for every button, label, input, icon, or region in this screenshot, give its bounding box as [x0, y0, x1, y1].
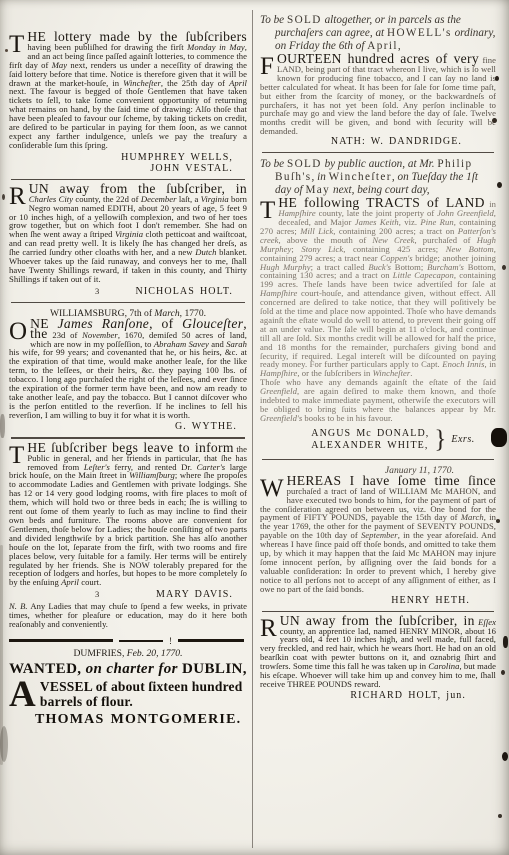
signature-dandridge: NATH: W. DANDRIDGE.: [260, 136, 496, 147]
ad-body: having been publiſhed for drawing the fi…: [9, 42, 247, 150]
column-divider: [252, 10, 253, 848]
ad-body: purchaſed a tract of land of WILLIAM Mc …: [260, 486, 496, 594]
ink-speck: [496, 519, 500, 523]
signature-angus-mcdonald: ANGUS Mc DONALD,: [311, 428, 429, 440]
ad-separator: [262, 152, 494, 153]
signature-mary-davis: MARY DAVIS.: [156, 589, 233, 600]
ink-speck: [497, 182, 502, 188]
executor-names: ANGUS Mc DONALD, ALEXANDER WHITE,: [311, 428, 429, 452]
ink-speck: [502, 752, 508, 761]
signature-humphrey-wells: HUMPHREY WELLS,: [9, 152, 233, 163]
ad-text: FOURTEEN hundred acres of very fine LAND…: [260, 55, 496, 136]
drop-cap: O: [9, 320, 30, 342]
ad-text: THE ſubſcriber begs leave to inform the …: [9, 444, 247, 588]
drop-cap: F: [260, 55, 277, 77]
ad-wythe-reversion: WILLIAMSBURG, 7th of March, 1770. ONE Ja…: [9, 308, 247, 432]
ad-runaway-henry-minor: RUN away from the ſubſcriber, in Eſſex c…: [260, 617, 496, 701]
rule-segment: [178, 639, 244, 642]
signature-alexander-white: ALEXANDER WHITE,: [311, 440, 429, 452]
ad-separator: [11, 302, 245, 303]
ink-speck: [503, 636, 508, 648]
ad-body: Charles City county, the 22d of December…: [9, 194, 247, 284]
ad-text: ONE James Ranſone, of Glouceſter, the 23…: [9, 320, 247, 420]
left-column: THE lottery made by the ſubſcribers havi…: [9, 0, 247, 733]
ad-body: VESSEL of about ſixteen hundred barrels …: [40, 679, 243, 710]
compositor-mark: 3: [95, 589, 99, 599]
ad-body: in Hampſhire county, late the joint prop…: [260, 199, 496, 378]
rule-mark: !: [169, 638, 172, 644]
drop-cap: T: [9, 33, 27, 55]
drop-cap: W: [260, 477, 287, 499]
ad-body: 23d of November, 1670, demiſed 50 acres …: [9, 330, 247, 420]
drop-cap: T: [9, 444, 27, 466]
drop-cap: R: [9, 185, 29, 207]
rule-segment: [9, 639, 113, 642]
ad-text: RUN away from the ſubſcriber, in Eſſex c…: [260, 617, 496, 689]
ad-text: THE lottery made by the ſubſcribers havi…: [9, 33, 247, 150]
ink-smudge: [0, 414, 5, 438]
ad-body: the Public in general, and her friends i…: [9, 444, 247, 588]
ink-speck: [492, 118, 497, 123]
ad-separator: [262, 459, 494, 460]
ad-text: RUN away from the ſubſcriber, in Charles…: [9, 185, 247, 284]
ad-separator: [11, 179, 245, 180]
executors-role-label: Exrs.: [451, 434, 474, 445]
ad-separator: [262, 611, 494, 612]
ad-postscript: N. B. Any Ladies that may chuſe to ſpend…: [9, 602, 247, 629]
ink-speck: [5, 49, 8, 52]
signature-thomas-montgomerie: THOMAS MONTGOMERIE.: [9, 712, 247, 728]
ad-mary-davis-lodgings: THE ſubſcriber begs leave to inform the …: [9, 444, 247, 629]
ad-lottery-notice: THE lottery made by the ſubſcribers havi…: [9, 33, 247, 174]
ad-wanted-vessel: DUMFRIES, Feb. 20, 1770. WANTED, on char…: [9, 648, 247, 728]
ink-speck: [495, 76, 499, 81]
ink-speck: [498, 814, 502, 818]
ad-headline: WANTED, on charter for DUBLIN,: [9, 661, 247, 678]
compositor-mark: 3: [95, 286, 99, 296]
ad-text: AVESSEL of about ſixteen hundred barrels…: [9, 679, 247, 710]
ad-body-second-paragraph: Thoſe who have any demands againſt the e…: [260, 378, 496, 423]
signature-richard-holt: RICHARD HOLT, jun.: [260, 690, 496, 701]
signature-block: HUMPHREY WELLS, JOHN VESTAL.: [9, 152, 247, 174]
ink-speck: [501, 670, 505, 675]
ad-greenfield-estate-auction: To be SOLD by public auction, at Mr. Phi…: [260, 158, 496, 454]
ad-text: WHEREAS I have ſome time ſince purchaſed…: [260, 477, 496, 594]
ad-body: fine LAND, being part of that tract wher…: [260, 55, 496, 136]
rule-segment: [119, 640, 163, 642]
ad-italic-heading: To be SOLD altogether, or in parcels as …: [260, 14, 496, 53]
drop-cap: R: [260, 617, 280, 639]
ink-speck: [2, 194, 5, 200]
signature-john-vestal: JOHN VESTAL.: [9, 163, 233, 174]
signature-nicholas-holt: NICHOLAS HOLT.: [136, 286, 233, 297]
ink-speck: [502, 265, 506, 270]
ad-runaway-edith: RUN away from the ſubſcriber, in Charles…: [9, 185, 247, 297]
ad-italic-heading: To be SOLD by public auction, at Mr. Phi…: [260, 158, 496, 197]
newspaper-page: THE lottery made by the ſubſcribers havi…: [0, 0, 509, 855]
ad-heth-bonds-notice: January 11, 1770. WHEREAS I have ſome ti…: [260, 465, 496, 606]
signature-row: 3 NICHOLAS HOLT.: [9, 285, 247, 297]
signature-row: 3 MARY DAVIS.: [9, 588, 247, 600]
drop-cap: T: [260, 199, 278, 221]
dateline-dumfries: DUMFRIES, Feb. 20, 1770.: [9, 648, 247, 659]
ad-body: Eſſex county, an apprentice lad, named H…: [260, 617, 496, 689]
ink-blot: [491, 428, 507, 447]
brace-glyph: }: [434, 426, 446, 454]
signature-henry-heth: HENRY HETH.: [260, 595, 496, 606]
ad-dandridge-land-sale: To be SOLD altogether, or in parcels as …: [260, 14, 496, 147]
decorative-separator: !: [9, 638, 247, 644]
drop-cap: A: [9, 679, 40, 710]
signature-g-wythe: G. WYTHE.: [9, 421, 247, 432]
right-column: To be SOLD altogether, or in parcels as …: [260, 0, 496, 706]
ink-smudge: [0, 726, 8, 762]
ad-text: THE following TRACTS of LAND in Hampſhir…: [260, 199, 496, 378]
executors-signature-block: ANGUS Mc DONALD, ALEXANDER WHITE, } Exrs…: [260, 426, 496, 454]
ad-separator: [11, 437, 245, 439]
